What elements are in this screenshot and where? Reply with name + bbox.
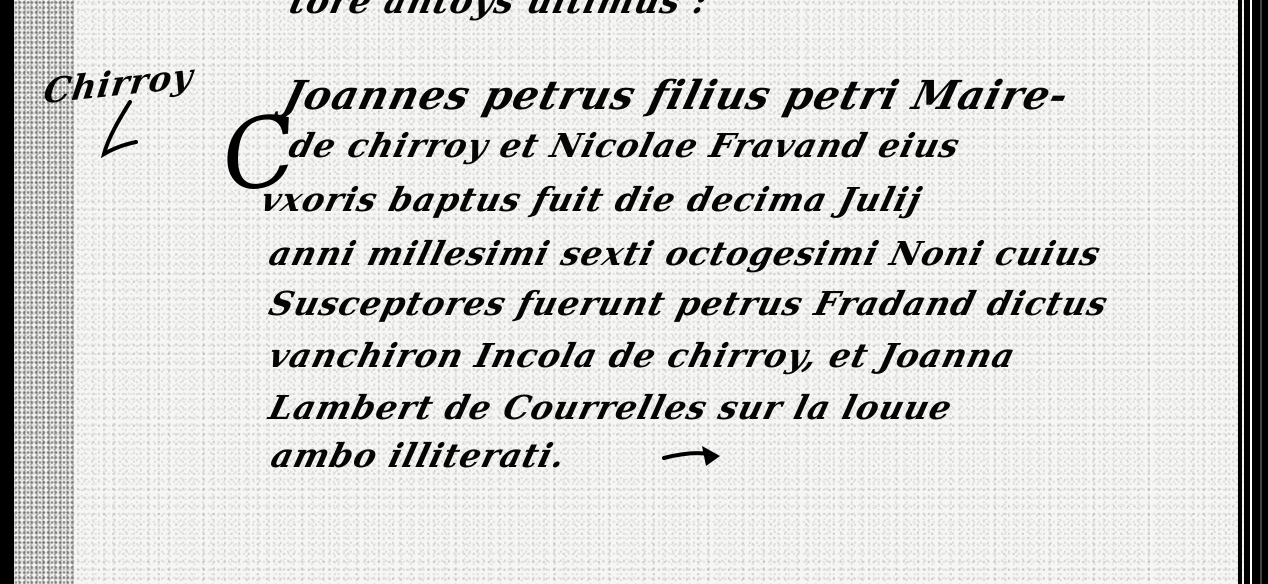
entry-line-6: vanchiron Incola de chirroy, et Joanna: [265, 336, 1020, 375]
scan-left-edge: [0, 0, 14, 584]
end-arrow-icon: [662, 444, 722, 468]
margin-flourish-icon: [100, 98, 140, 158]
page-binding: [1244, 0, 1268, 584]
entry-line-8: ambo illiterati.: [267, 436, 570, 475]
register-page: tore antoys uitimus : Chirroy C Joannes …: [0, 0, 1268, 584]
previous-entry-tail: tore antoys uitimus :: [286, 0, 712, 22]
page-right-rule: [1238, 0, 1242, 584]
entry-line-2: de chirroy et Nicolae Fravand eius: [285, 126, 964, 165]
entry-line-3: vxoris baptus fuit die decima Julij: [257, 180, 926, 219]
entry-line-1: Joannes petrus filius petri Maire-: [279, 72, 1074, 119]
entry-line-4: anni millesimi sexti octogesimi Noni cui…: [265, 234, 1105, 273]
entry-line-7: Lambert de Courrelles sur la louue: [265, 388, 957, 427]
entry-line-5: Susceptores fuerunt petrus Fradand dictu…: [265, 284, 1112, 323]
